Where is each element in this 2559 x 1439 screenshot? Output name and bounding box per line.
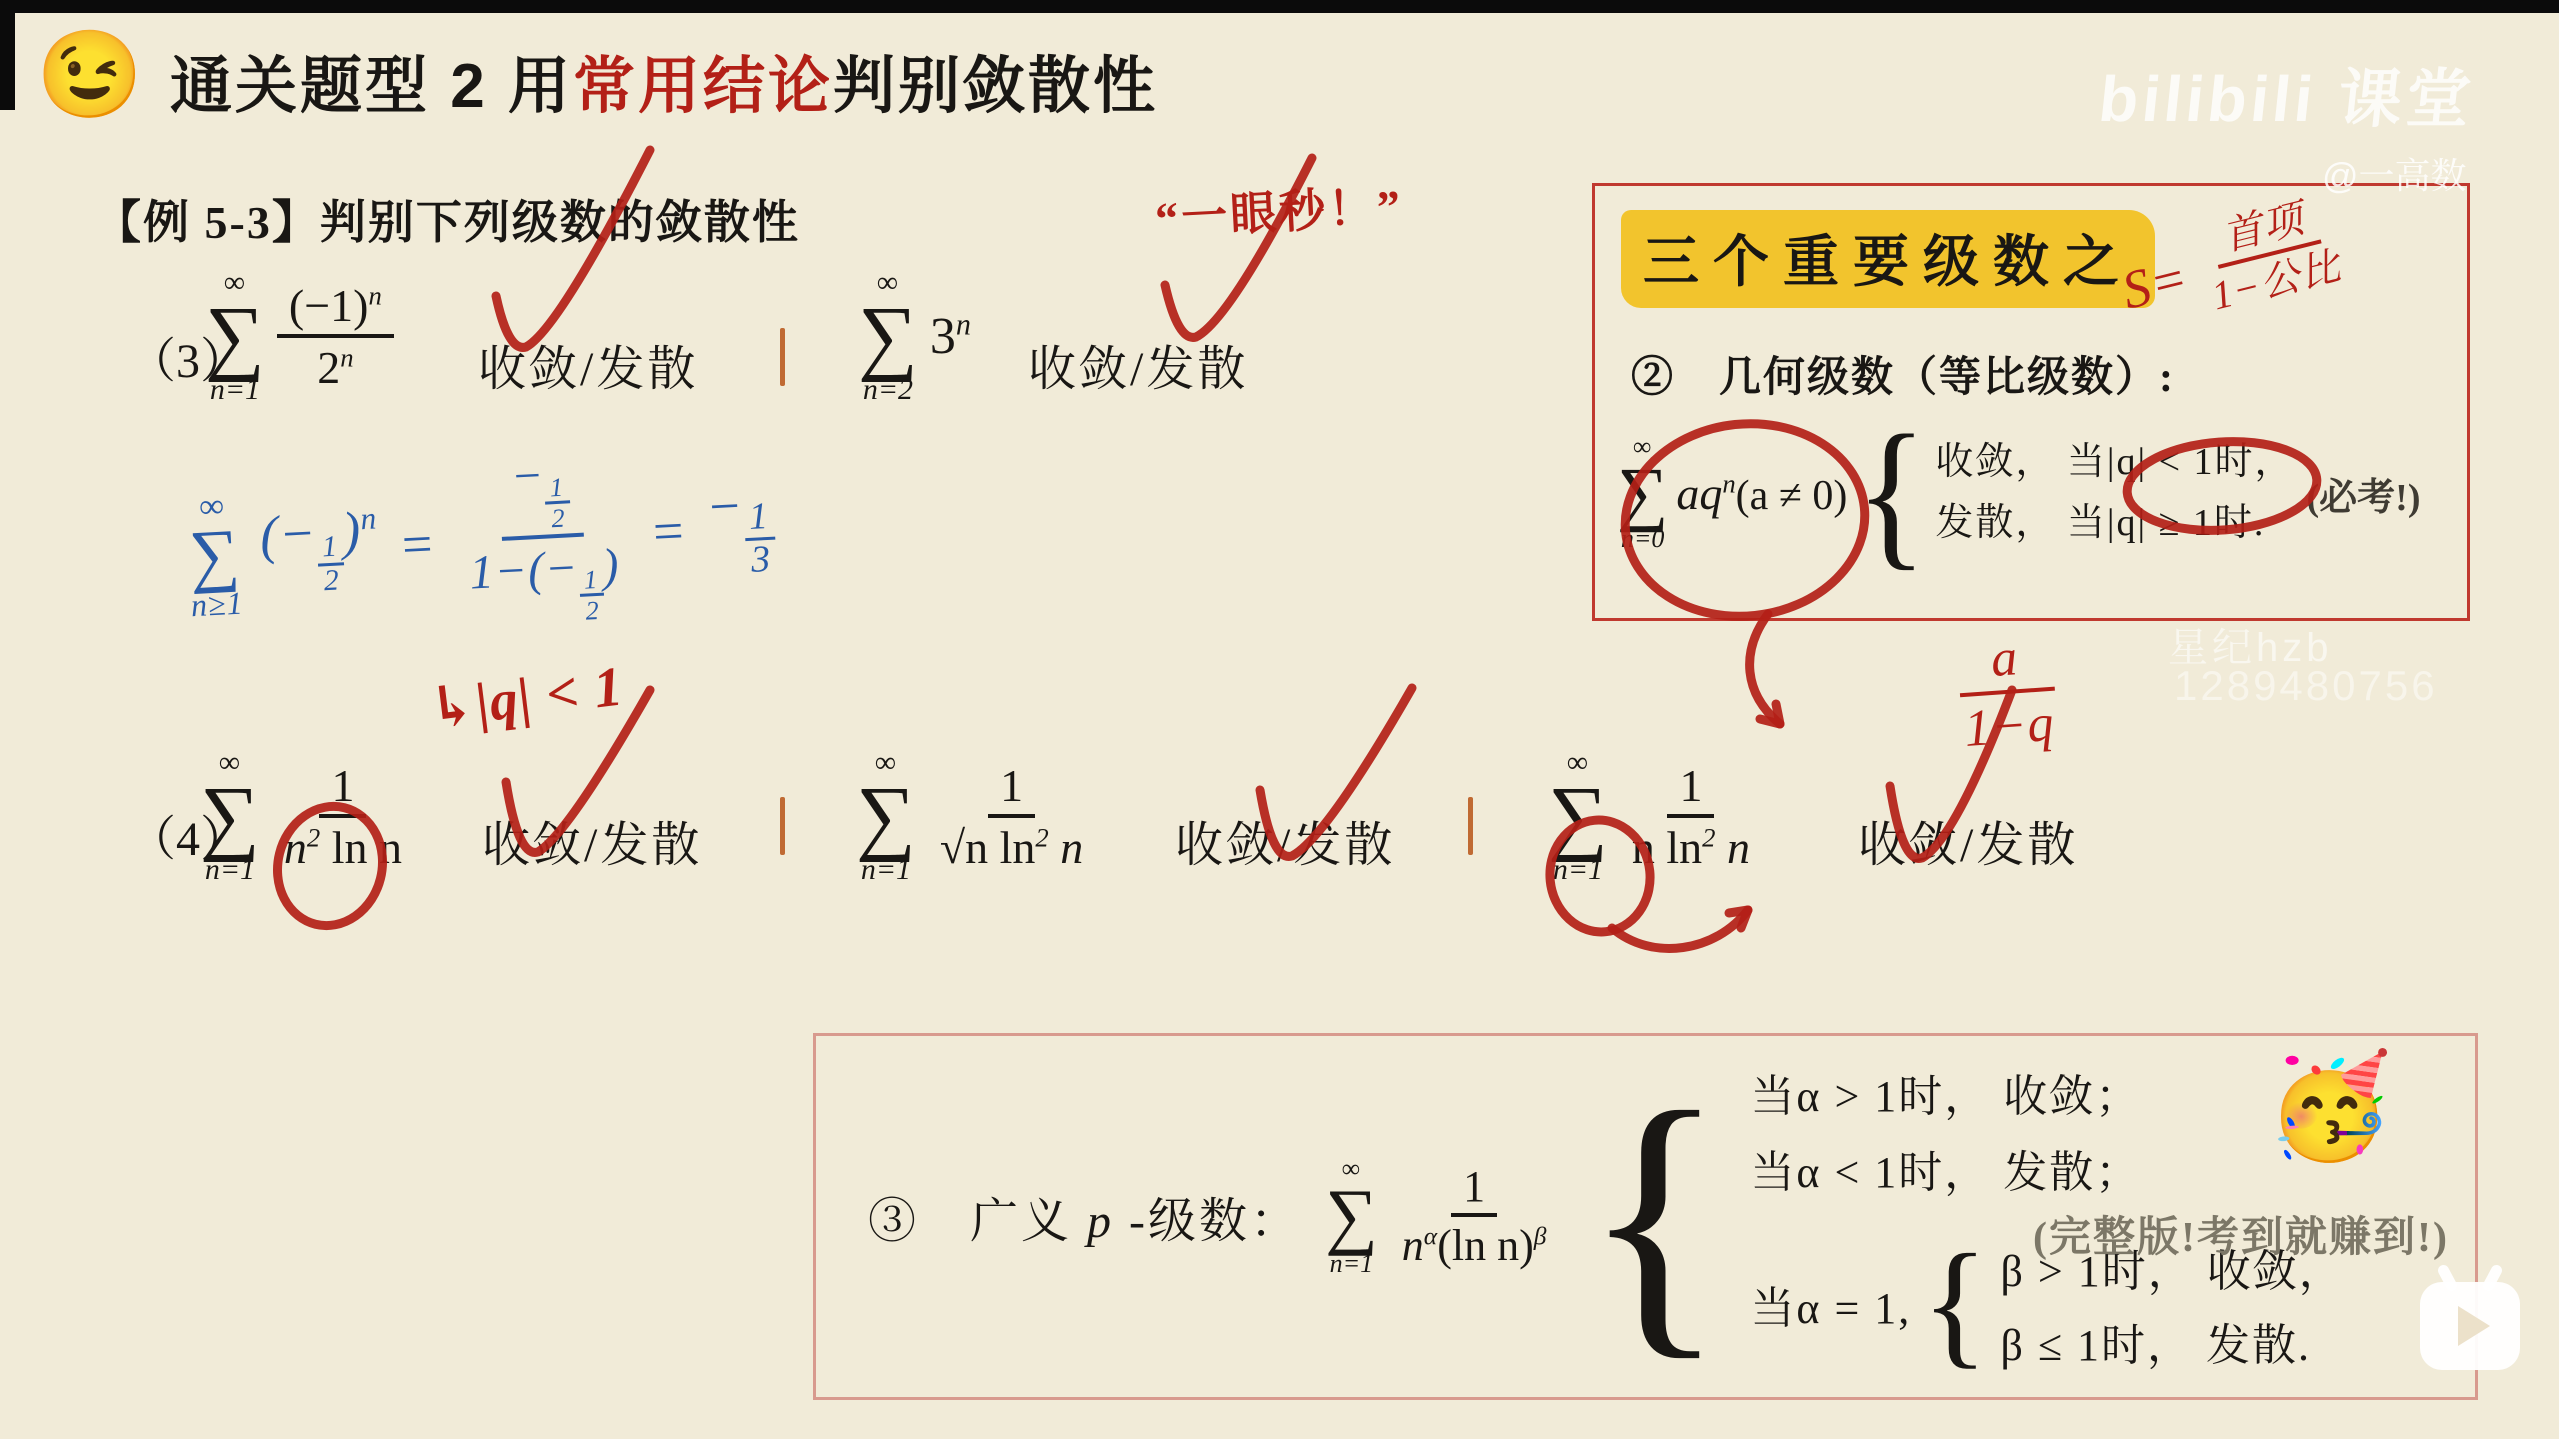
column-divider (1468, 797, 1473, 855)
sum-symbol: ∞ ∑ n=1 (205, 268, 265, 405)
arrowhead (1760, 704, 1780, 724)
geo-box-title: 三个重要级数之 (1621, 210, 2155, 308)
sum-symbol: ∞ ∑ n≥1 (185, 488, 244, 621)
party-face-emoji: 🥳 (2266, 1046, 2393, 1166)
geo-term: aqn(a ≠ 0) (1676, 467, 1847, 520)
series-3a: ∞ ∑ n=1 (−1)n 2n (205, 268, 394, 405)
series-4c-choice: 收敛/发散 (1858, 806, 2078, 875)
bilibili-logo: bilibili 课堂 (2095, 48, 2479, 140)
curved-arrow (1612, 910, 1748, 948)
p-case-3b: β ≤ 1时， 发散. (2001, 1309, 2345, 1373)
fraction: 1 nα(ln n)β (1390, 1162, 1559, 1271)
sum-symbol: ∞∑n=1 (200, 748, 260, 885)
series-4c: ∞∑n=1 1 n ln2 n (1548, 748, 1762, 885)
geo-formula: ∞ ∑ n=0 aqn(a ≠ 0) { 收敛， 当|q| < 1时， 发散， … (1617, 418, 2420, 568)
cases-brace: { (1855, 411, 1927, 576)
sum-lower-limit: n=2 (863, 375, 913, 405)
example-label: 【例 5-3】判别下列级数的敛散性 (95, 186, 800, 252)
geo-cases: 收敛， 当|q| < 1时， 发散， 当|q| ≥ 1时. (1935, 439, 2294, 548)
uploader-handle: @一高数 (2322, 148, 2467, 199)
equals: = (397, 512, 438, 576)
geo-case-diverge: 发散， 当|q| ≥ 1时. (1935, 500, 2294, 548)
full-version-note: (完整版!考到就赚到!) (2033, 1204, 2449, 1264)
numerator: (−1) (289, 280, 369, 331)
hand-result: −13 (704, 473, 777, 582)
sigma-icon: ∑ (205, 298, 265, 375)
equals: = (648, 499, 689, 563)
handwritten-a-over-1-q: a1−q (1946, 626, 2069, 760)
tv-antenna-icon (2481, 1263, 2504, 1293)
sum-symbol: ∞∑n=1 (856, 748, 916, 885)
series-3b-choice: 收敛/发散 (1028, 330, 1248, 399)
fraction: 1 n2 ln n (272, 760, 414, 873)
page-title: 通关题型 2 用常用结论判别敛散性 (170, 36, 1158, 125)
cases-brace: { (1921, 1234, 1990, 1374)
series-4a-choice: 收敛/发散 (482, 806, 702, 875)
sum-symbol: ∞∑n=1 (1548, 748, 1608, 885)
annotation-quip: “一眼秒！” (1153, 170, 1404, 249)
play-icon (2458, 1306, 2490, 1346)
page-title-highlight: 常用结论 (573, 52, 833, 121)
p-series-formula: ∞ ∑ n=1 1 nα(ln n)β (1325, 1156, 1558, 1276)
hand-term: (−12)n (258, 498, 381, 600)
left-letterbox-bar (0, 0, 15, 110)
p-case-2: 当α < 1时， 发散； (1750, 1136, 2344, 1200)
series-3a-choice: 收敛/发散 (478, 330, 698, 399)
page-title-post: 判别敛散性 (833, 52, 1158, 121)
p-series-heading: ③ 广义 p -级数： (868, 1182, 1301, 1251)
header-emoji winking-face-icon: 😉 (36, 24, 143, 125)
sigma-icon: ∑ (858, 298, 918, 375)
sum-symbol: ∞ ∑ n=2 (858, 268, 918, 405)
geo-case-converge: 收敛， 当|q| < 1时， (1935, 439, 2294, 487)
denominator: 2 (317, 342, 340, 393)
column-divider (780, 328, 785, 386)
fraction: (−1)n 2n (277, 280, 394, 393)
numerator-exponent: n (368, 281, 381, 311)
sum-symbol: ∞ ∑ n=0 (1617, 434, 1668, 552)
series-4a: ∞∑n=1 1 n2 ln n (200, 748, 414, 885)
p-series-box: ③ 广义 p -级数： ∞ ∑ n=1 1 nα(ln n)β { 当α > 1… (813, 1033, 2478, 1400)
handwritten-blue-work: ∞ ∑ n≥1 (−12)n = −12 1−(−12) = −13 (184, 437, 779, 645)
power-term: 3n (930, 307, 971, 366)
geo-box-subtitle: ② 几何级数（等比级数）: (1631, 344, 2175, 404)
handwritten-q-note: ↳|q| < 1 (425, 652, 627, 741)
series-4b-choice: 收敛/发散 (1175, 806, 1395, 875)
curved-arrow (1750, 614, 1780, 724)
sum-symbol: ∞ ∑ n=1 (1325, 1156, 1378, 1276)
column-divider (780, 797, 785, 855)
series-4b: ∞∑n=1 1 √n ln2 n (856, 748, 1095, 885)
play-button[interactable] (2420, 1282, 2520, 1370)
top-letterbox-bar (0, 0, 2559, 13)
fraction: 1 √n ln2 n (928, 760, 1095, 873)
cases-brace: { (1582, 1082, 1726, 1352)
must-test-note: (必考!) (2307, 466, 2421, 521)
sum-lower-limit: n=1 (210, 375, 260, 405)
watermark-uid: 1289480756 (2174, 662, 2438, 710)
denominator-exponent: n (340, 342, 353, 372)
p-case-1: 当α > 1时， 收敛； (1750, 1060, 2344, 1124)
series-3b: ∞ ∑ n=2 3n (858, 268, 971, 405)
arrowhead (1729, 910, 1748, 928)
page-title-pre: 通关题型 2 用 (170, 52, 573, 121)
fraction: 1 n ln2 n (1620, 760, 1762, 873)
hand-fraction: −12 1−(−12) (451, 444, 634, 630)
